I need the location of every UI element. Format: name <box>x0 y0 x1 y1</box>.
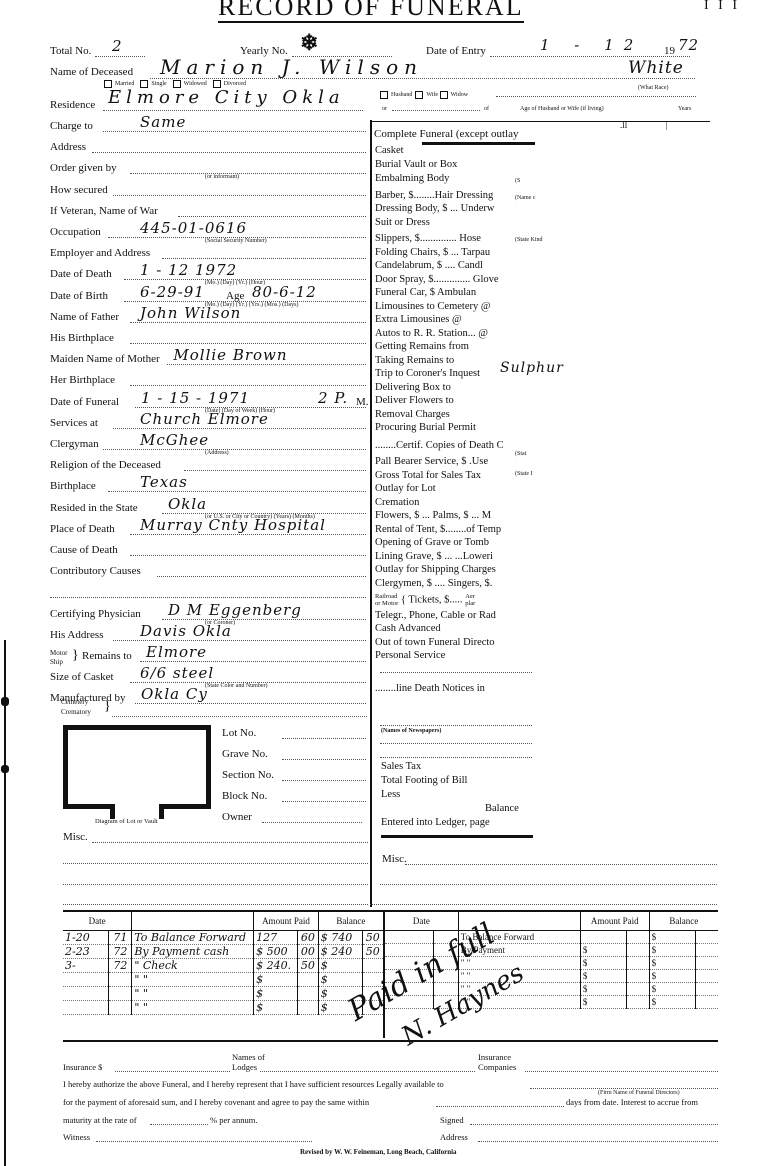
firm-caption: (Firm Name of Funeral Directors) <box>598 1090 680 1096</box>
ledger-paid-header: Amount Paid <box>254 912 319 930</box>
witness-label: Witness <box>63 1132 90 1142</box>
charge-item: Deliver Flowers to <box>375 395 533 406</box>
charge-item: Cash Advanced <box>375 623 533 634</box>
ledger-date[interactable]: 3- <box>63 958 109 972</box>
field-label: Resided in the State <box>50 502 138 514</box>
ledger-desc-header <box>132 912 254 930</box>
maturity-text: maturity at the rate of <box>63 1115 137 1125</box>
field-label: Religion of the Deceased <box>50 459 161 471</box>
charge-item: Suit or Dress <box>375 217 533 228</box>
charge-item: Autos to R. R. Station... @ <box>375 328 533 339</box>
field-label: Maiden Name of Mother <box>50 353 160 365</box>
ledger-row[interactable]: " " $ $ <box>63 1000 383 1014</box>
field-input[interactable] <box>157 565 366 577</box>
ledger-balance-cents[interactable] <box>696 969 718 982</box>
charge-item: Candelabrum, $ .... Candl <box>375 260 533 271</box>
page-title: RECORD OF FUNERAL <box>218 0 524 22</box>
spouse-options: Husband Wife Widow <box>380 91 468 99</box>
field-input[interactable] <box>50 586 366 598</box>
ledger-balance-dollars[interactable]: $ <box>649 943 696 956</box>
field-label: Date of Death <box>50 268 112 280</box>
ledger-description[interactable]: " " <box>132 972 254 986</box>
less-label: Less <box>381 789 539 800</box>
revised-by: Revised by W. W. Feineman, Long Beach, C… <box>300 1148 457 1156</box>
charge-item: Embalming Body <box>375 173 533 184</box>
charge-caption: (State I <box>515 471 533 477</box>
charge-item: Delivering Box to <box>375 382 533 393</box>
charge-item: Casket <box>375 145 533 156</box>
field-label: Name of Father <box>50 311 119 323</box>
charge-item: Outlay for Shipping Charges <box>375 564 533 575</box>
lodges-label: Lodges <box>232 1062 257 1072</box>
ledger-paid-dollars[interactable]: 127 <box>254 930 298 944</box>
field-label: Services at <box>50 417 98 429</box>
hour-suffix: M. <box>356 396 369 408</box>
diagram-caption: Diagram of Lot or Vault <box>95 818 158 825</box>
ledger-year[interactable] <box>109 986 132 1000</box>
charge-item: Removal Charges <box>375 409 533 420</box>
field-caption: (State Color and Number) <box>205 683 267 689</box>
field-input[interactable] <box>130 374 366 386</box>
field-label: Place of Death <box>50 523 115 535</box>
field-value[interactable]: Davis Okla <box>140 622 232 640</box>
address-field[interactable] <box>478 1141 718 1142</box>
yearly-no-field[interactable]: ❄ <box>300 30 318 56</box>
cemetery-field-input[interactable] <box>282 738 366 739</box>
age-spouse-unit: Years <box>678 106 691 112</box>
insurance-label: Insurance $ <box>63 1062 102 1072</box>
ledger-paid-cents[interactable] <box>627 956 649 969</box>
newspapers-caption: (Names of Newspapers) <box>381 728 441 734</box>
authorize-text: I hereby authorize the above Funeral, an… <box>63 1079 444 1089</box>
field-input[interactable] <box>92 141 366 153</box>
field-label: Remains to <box>82 650 132 662</box>
charge-item: Burial Vault or Box <box>375 159 533 170</box>
ledger-paid-cents[interactable] <box>297 986 318 1000</box>
charge-item: Clergymen, $ .... Singers, $. <box>375 578 533 589</box>
residence-label: Residence <box>50 99 95 111</box>
charge-caption: (Stat <box>515 451 526 457</box>
ledger-date[interactable] <box>385 930 434 943</box>
field-label: Charge to <box>50 120 93 132</box>
ledger-row[interactable]: 2-23 72 By Payment cash $ 500 00 $ 240 5… <box>63 944 383 958</box>
ledger-paid-dollars[interactable]: $ <box>580 969 627 982</box>
ledger-row[interactable]: " " $ $ <box>63 986 383 1000</box>
date-of-entry-label: Date of Entry <box>426 45 486 57</box>
cemetery-label: Cemetery <box>61 698 88 706</box>
payment-text: for the payment of aforesaid sum, and I … <box>63 1097 369 1107</box>
ledger-paid-dollars[interactable]: $ <box>580 982 627 995</box>
ledger-right-balance-header: Balance <box>649 912 718 930</box>
charge-item: Procuring Burial Permit <box>375 422 533 433</box>
field-label: If Veteran, Name of War <box>50 205 158 217</box>
field-label: Clergyman <box>50 438 99 450</box>
charge-item: Dressing Body, $ ... Underw <box>375 203 533 214</box>
funeral-hour[interactable]: 2 P. <box>318 389 348 407</box>
signed-field[interactable] <box>470 1124 718 1125</box>
charge-caption: (State Kind <box>515 237 543 243</box>
charge-item: Slippers, $.............. Hose <box>375 233 533 244</box>
charge-item: Outlay for Lot <box>375 483 533 494</box>
ledger-paid-dollars[interactable] <box>580 930 627 943</box>
charge-item: Flowers, $ ... Palms, $ ... M <box>375 510 533 521</box>
cemetery-field-label: Section No. <box>222 769 274 781</box>
ledger-balance-dollars[interactable]: $ <box>649 995 696 1008</box>
ledger-balance-cents[interactable] <box>696 930 718 943</box>
charge-item: Folding Chairs, $ ... Tarpau <box>375 247 533 258</box>
field-label: Contributory Causes <box>50 565 141 577</box>
ledger-balance-cents[interactable] <box>362 958 383 972</box>
ledger-balance-dollars[interactable]: $ <box>649 930 696 943</box>
charges-heading: Complete Funeral (except outlay <box>374 128 532 140</box>
ledger-page-label: Entered into Ledger, page <box>381 817 539 828</box>
field-value[interactable]: 1 - 12 1972 <box>140 261 237 279</box>
field-label: His Birthplace <box>50 332 114 344</box>
charge-item: Extra Limousines @ <box>375 314 533 325</box>
ledger-balance-dollars[interactable]: $ 240 <box>318 944 362 958</box>
ledger-row[interactable]: " " $ $ <box>63 972 383 986</box>
ledger-balance-header: Balance <box>318 912 383 930</box>
field-value[interactable]: Okla <box>168 495 207 513</box>
charge-caption: (S <box>515 178 520 184</box>
motor-label: Motor <box>50 649 68 657</box>
charge-item: ........Certif. Copies of Death C <box>375 440 533 451</box>
ledger-date[interactable]: 1-20 <box>63 930 109 944</box>
cemetery-field-label: Lot No. <box>222 727 256 739</box>
ledger-year[interactable] <box>109 1000 132 1014</box>
charge-item: Gross Total for Sales Tax <box>375 470 533 481</box>
companies-label-top: Insurance <box>478 1052 511 1062</box>
percent-text: % per annum. <box>210 1115 257 1125</box>
field-label: Birthplace <box>50 480 96 492</box>
charge-item: Barber, $........Hair Dressing <box>375 190 533 201</box>
charge-item: Lining Grave, $ ... ...Loweri <box>375 551 533 562</box>
field-value[interactable]: Okla Cy <box>141 685 208 703</box>
spouse-of: of <box>484 106 489 112</box>
field-input[interactable] <box>184 459 366 471</box>
ledger-date[interactable]: 2-23 <box>63 944 109 958</box>
cemetery-field-label: Grave No. <box>222 748 268 760</box>
misc-label-right: Misc. <box>382 853 407 865</box>
field-label: Address <box>50 141 86 153</box>
ledger-balance-cents[interactable] <box>696 943 718 956</box>
ledger-date[interactable] <box>63 1000 109 1014</box>
ledger-balance-dollars[interactable]: $ <box>318 972 362 986</box>
ledger-paid-cents[interactable] <box>627 943 649 956</box>
ledger-row[interactable]: To Balance Forward $ <box>385 930 718 943</box>
spouse-or: or <box>382 106 387 112</box>
field-label: Employer and Address <box>50 247 150 259</box>
total-footing-label: Total Footing of Bill <box>381 775 539 786</box>
field-value[interactable]: McGhee <box>140 431 209 449</box>
ledger-paid-dollars[interactable]: $ <box>580 995 627 1008</box>
field-value[interactable]: 6/6 steel <box>140 664 214 682</box>
ledger-date[interactable] <box>63 972 109 986</box>
corner-mark: I I I <box>704 0 740 14</box>
ledger-paid-cents[interactable] <box>297 972 318 986</box>
ledger-paid-cents[interactable] <box>627 969 649 982</box>
ledger-description[interactable]: " " <box>132 1000 254 1014</box>
ledger-description[interactable]: By Payment cash <box>132 944 254 958</box>
charge-item: Opening of Grave or Tomb <box>375 537 533 548</box>
ledger-year[interactable]: 72 <box>109 958 132 972</box>
charge-item: ........line Death Notices in <box>375 683 533 694</box>
ledger-balance-cents[interactable]: 50 <box>362 944 383 958</box>
ledger-right-date-header: Date <box>385 912 458 930</box>
days-text: days from date. Interest to accrue from <box>566 1097 698 1107</box>
field-input[interactable] <box>130 162 366 174</box>
field-input[interactable] <box>113 184 366 196</box>
field-value[interactable]: 1 - 15 - 1971 <box>141 389 250 407</box>
charge-item: Personal Service <box>375 650 533 661</box>
race-caption: (What Race) <box>638 85 668 91</box>
ledger-paid-cents[interactable] <box>297 1000 318 1014</box>
cemetery-field-input[interactable] <box>262 822 362 823</box>
field-label: Occupation <box>50 226 101 238</box>
lot-diagram <box>63 725 211 809</box>
witness-field[interactable] <box>96 1141 312 1142</box>
lodges-label-top: Names of <box>232 1052 265 1062</box>
field-value[interactable]: Elmore <box>146 643 207 661</box>
ledger-row[interactable]: 1-20 71 To Balance Forward 127 60 $ 740 … <box>63 930 383 944</box>
ledger-paid-dollars[interactable]: $ <box>580 956 627 969</box>
field-label: Her Birthplace <box>50 374 115 386</box>
ledger-paid-cents[interactable] <box>627 930 649 943</box>
name-of-deceased-label: Name of Deceased <box>50 66 133 78</box>
charge-item: Pall Bearer Service, $ .Use <box>375 456 533 467</box>
ledger-balance-cents[interactable] <box>696 982 718 995</box>
field-value[interactable]: Mollie Brown <box>173 346 287 364</box>
crematory-label: Crematory <box>61 708 91 716</box>
ledger-right-paid-header: Amount Paid <box>580 912 649 930</box>
widow-checkbox[interactable]: Widow <box>440 92 468 98</box>
cemetery-field-input[interactable] <box>282 759 366 760</box>
ledger-paid-dollars[interactable]: $ <box>254 972 298 986</box>
husband-checkbox[interactable]: Husband <box>380 92 412 98</box>
age-label: Age <box>226 290 244 302</box>
ledger-paid-cents[interactable] <box>627 995 649 1008</box>
field-caption: (or informant) <box>205 174 239 180</box>
brace: } <box>104 699 111 715</box>
field-label: Order given by <box>50 162 117 174</box>
ledger-paid-dollars[interactable]: $ 500 <box>254 944 298 958</box>
charge-item: Getting Remains from <box>375 341 533 352</box>
brace: } <box>72 648 79 664</box>
ledger-balance-dollars[interactable]: $ <box>649 969 696 982</box>
field-value[interactable]: 445-01-0616 <box>140 219 247 237</box>
charge-caption: (Name c <box>515 195 536 201</box>
charge-item: Funeral Car, $ Ambulan <box>375 287 533 298</box>
field-caption: (Social Security Number) <box>205 238 267 244</box>
ledger-balance-cents[interactable] <box>696 995 718 1008</box>
residence-field[interactable]: Elmore City Okla <box>108 87 345 108</box>
ledger-balance-dollars[interactable]: $ <box>318 958 362 972</box>
charge-item: Door Spray, $.............. Glove <box>375 274 533 285</box>
field-label: His Address <box>50 629 103 641</box>
date-of-entry-field[interactable]: 1 - 12 <box>540 36 643 54</box>
ledger-paid-cents[interactable]: 00 <box>297 944 318 958</box>
ledger-paid-dollars[interactable]: $ <box>254 986 298 1000</box>
getting-remains-field[interactable]: Sulphur <box>500 360 564 376</box>
ledger-balance-dollars[interactable]: $ 740 <box>318 930 362 944</box>
charge-item: Out of town Funeral Directo <box>375 637 533 648</box>
ledger-paid-cents[interactable]: 50 <box>297 958 318 972</box>
misc-label-left: Misc. <box>63 831 88 843</box>
field-value[interactable]: Texas <box>140 473 188 491</box>
ledger-balance-dollars[interactable]: $ <box>649 982 696 995</box>
balance-label: Balance <box>485 803 519 814</box>
field-input[interactable] <box>130 544 366 556</box>
ledger-paid-cents[interactable] <box>627 982 649 995</box>
ledger-paid-dollars[interactable]: $ 240. <box>254 958 298 972</box>
companies-label: Companies <box>478 1062 516 1072</box>
year-field[interactable]: 72 <box>678 36 699 54</box>
field-value[interactable]: D M Eggenberg <box>168 601 302 619</box>
ledger-year[interactable]: 72 <box>109 944 132 958</box>
year-prefix: 19 <box>664 45 675 57</box>
wife-checkbox[interactable]: Wife <box>415 92 438 98</box>
ledger-year[interactable] <box>109 972 132 986</box>
field-input[interactable] <box>130 332 366 344</box>
field-caption: (Address) <box>205 450 229 456</box>
age-value[interactable]: 80-6-12 <box>252 283 317 301</box>
field-input[interactable] <box>178 205 366 217</box>
ledger-left: Date Amount Paid Balance 1-20 71 To Bala… <box>63 912 383 1015</box>
signed-label: Signed <box>440 1115 464 1125</box>
field-label: How secured <box>50 184 108 196</box>
ledger-description[interactable]: " Check <box>132 958 254 972</box>
field-value[interactable]: John Wilson <box>140 304 241 322</box>
sales-tax-label: Sales Tax <box>381 761 539 772</box>
ledger-balance-dollars[interactable]: $ <box>649 956 696 969</box>
ledger-date[interactable] <box>63 986 109 1000</box>
ledger-paid-cents[interactable]: 60 <box>297 930 318 944</box>
charge-item: Telegr., Phone, Cable or Rad <box>375 610 533 621</box>
total-no-field[interactable]: 2 <box>112 37 123 55</box>
ledger-year[interactable]: 71 <box>109 930 132 944</box>
cemetery-field-input[interactable] <box>282 801 366 802</box>
cemetery-field-label: Block No. <box>222 790 267 802</box>
cemetery-field-input[interactable] <box>282 780 366 781</box>
charge-item: Railroador Motor { Tickets, $..... Aerpl… <box>375 593 533 607</box>
ledger-paid-dollars[interactable]: $ <box>254 1000 298 1014</box>
address-label: Address <box>440 1132 468 1142</box>
race-field[interactable]: White <box>628 58 684 78</box>
field-label: Date of Birth <box>50 290 108 302</box>
ledger-balance-cents[interactable] <box>696 956 718 969</box>
ledger-balance-cents[interactable]: 50 <box>362 930 383 944</box>
charge-item: Limousines to Cemetery @ <box>375 301 533 312</box>
age-spouse-caption: Age of Husband or Wife (if living) <box>520 106 604 112</box>
ledger-description[interactable]: To Balance Forward <box>132 930 254 944</box>
field-label: Size of Casket <box>50 671 114 683</box>
charge-item: Cremation <box>375 497 533 508</box>
total-no-label: Total No. <box>50 45 91 57</box>
charge-item: Rental of Tent, $........of Temp <box>375 524 533 535</box>
cemetery-field-label: Owner <box>222 811 252 823</box>
tick-mark: .ll | <box>620 120 667 130</box>
field-value[interactable]: Same <box>140 113 186 131</box>
ledger-description[interactable]: " " <box>132 986 254 1000</box>
field-value[interactable]: 6-29-91 <box>140 283 205 301</box>
ledger-row[interactable]: 3- 72 " Check $ 240. 50 $ <box>63 958 383 972</box>
ledger-paid-dollars[interactable]: $ <box>580 943 627 956</box>
field-value[interactable]: Church Elmore <box>140 410 269 428</box>
ledger-date-header: Date <box>63 912 132 930</box>
name-of-deceased-field[interactable]: Marion J. Wilson <box>160 55 423 79</box>
field-label: Certifying Physician <box>50 608 141 620</box>
field-label: Date of Funeral <box>50 396 119 408</box>
field-label: Cause of Death <box>50 544 118 556</box>
ship-label: Ship <box>50 658 63 666</box>
field-value[interactable]: Murray Cnty Hospital <box>140 516 326 534</box>
field-input[interactable] <box>162 247 366 259</box>
